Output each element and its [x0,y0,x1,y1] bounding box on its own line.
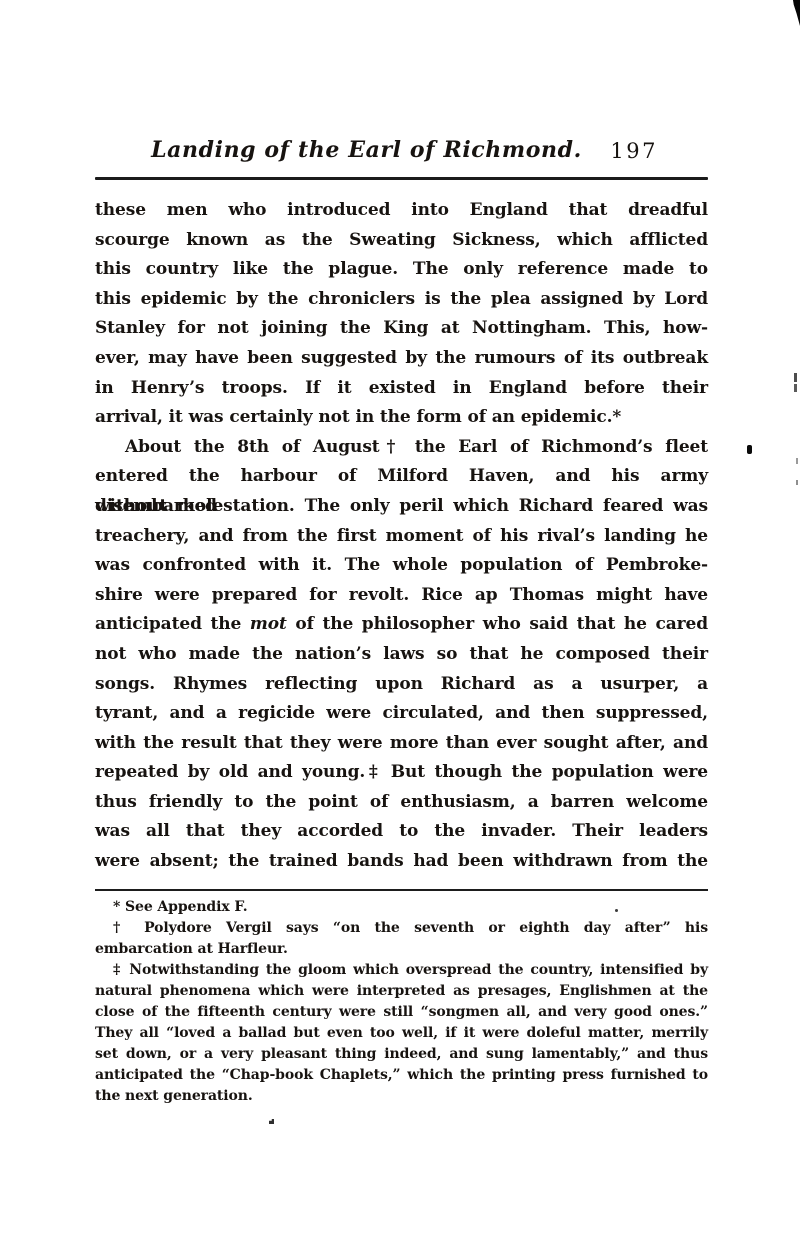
body-line: scourge known as the Sweating Sickness, … [95,226,708,256]
body-line: was all that they accorded to the invade… [95,817,708,847]
footnote-line: embarcation at Harfleur. [95,939,708,960]
body-line: ever, may have been suggested by the rum… [95,344,708,374]
body-line: anticipated the mot of the philosopher w… [95,610,708,640]
body-line-text: anticipated the [95,614,250,634]
body-line: Stanley for not joining the King at Nott… [95,314,708,344]
body-line: songs. Rhymes reflecting upon Richard as… [95,670,708,700]
body-line: arrival, it was certainly not in the for… [95,403,708,433]
footnote-line: natural phenomena which were interpreted… [95,981,708,1002]
footnote-line: * See Appendix F. [95,897,708,918]
italic-word: mot [250,614,287,634]
header-rule [95,177,708,180]
footnote-line: the next generation. [95,1086,708,1107]
book-page: Landing of the Earl of Richmond. 197 the… [0,0,800,1236]
scan-artifact-edge-dash [796,480,798,485]
body-line-text: of the philosopher who said that he care… [287,614,708,634]
scan-artifact-edge-dash [794,373,797,382]
scan-artifact-corner-ink [791,0,800,26]
footnote-line: anticipated the “Chap-book Chaplets,” wh… [95,1065,708,1086]
scan-artifact-speck [269,1119,274,1124]
scan-artifact-edge-dash [796,458,798,464]
footnote-line: † Polydore Vergil says “on the seventh o… [95,918,708,939]
running-head: Landing of the Earl of Richmond. 197 [95,137,708,171]
body-line: were absent; the trained bands had been … [95,847,708,877]
footnote-line: set down, or a very pleasant thing indee… [95,1044,708,1065]
body-line: entered the harbour of Milford Haven, an… [95,462,708,492]
page-number: 197 [610,139,658,163]
body-line: repeated by old and young.‡ But though t… [95,758,708,788]
footnote-rule [95,889,708,891]
body-line: not who made the nation’s laws so that h… [95,640,708,670]
body-line: treachery, and from the first moment of … [95,522,708,552]
body-line: tyrant, and a regicide were circulated, … [95,699,708,729]
body-line: in Henry’s troops. If it existed in Engl… [95,374,708,404]
footnote-line: close of the fifteenth century were stil… [95,1002,708,1023]
body-line: without molestation. The only peril whic… [95,492,708,522]
body-line: shire were prepared for revolt. Rice ap … [95,581,708,611]
body-line paragraph-start: About the 8th of August† the Earl of Ric… [95,433,708,463]
footnote-line: ‡ Notwithstanding the gloom which oversp… [95,960,708,981]
body-line: these men who introduced into England th… [95,196,708,226]
scan-artifact-edge-dash [794,384,797,392]
body-line: with the result that they were more than… [95,729,708,759]
footnote-line: They all “loved a ballad but even too we… [95,1023,708,1044]
body-line: this country like the plague. The only r… [95,255,708,285]
body-text: these men who introduced into England th… [95,196,708,877]
scan-artifact-ink-dot [747,445,752,454]
footnotes: * See Appendix F. † Polydore Vergil says… [95,897,708,1107]
body-line: thus friendly to the point of enthusiasm… [95,788,708,818]
body-line: was confronted with it. The whole popula… [95,551,708,581]
body-line: this epidemic by the chroniclers is the … [95,285,708,315]
